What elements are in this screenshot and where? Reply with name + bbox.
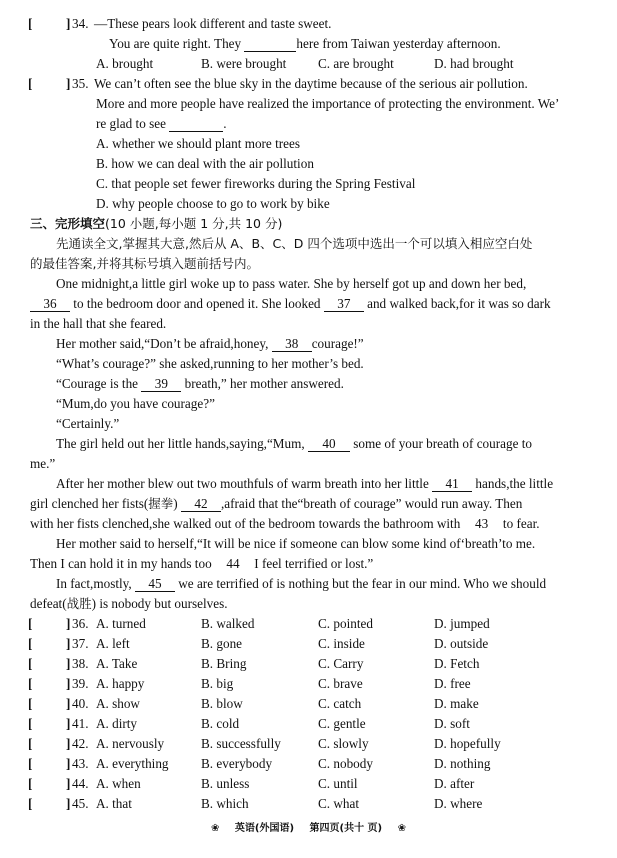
section-heading: 三、完形填空(10 小题,每小题 1 分,共 10 分): [30, 216, 282, 232]
question-number: 38.: [72, 656, 88, 672]
option-b: B. gone: [201, 636, 242, 652]
passage-text: ,afraid that the“breath of courage” woul…: [221, 496, 522, 511]
question-stem: We can’t often see the blue sky in the d…: [94, 76, 528, 92]
question-number: 42.: [72, 736, 88, 752]
option-a: A. Take: [96, 656, 137, 672]
option-c: C. pointed: [318, 616, 373, 632]
cloze-blank-39: 39: [141, 377, 181, 392]
section-instruction-line2: 的最佳答案,并将其标号填入题前括号内。: [30, 256, 259, 272]
passage-text: I feel terrified or lost.”: [254, 556, 373, 571]
answer-bracket-open[interactable]: [: [28, 776, 32, 792]
stem-text: You are quite right. They: [109, 36, 241, 51]
question-stem: —These pears look different and taste sw…: [94, 16, 331, 32]
option-b: B. walked: [201, 616, 254, 632]
cloze-question-row: []42.A. nervouslyB. successfullyC. slowl…: [0, 736, 617, 752]
option-c: C. what: [318, 796, 359, 812]
page-footer: ❀ 英语(外国语) 第四页(共十 页) ❀: [0, 819, 617, 834]
cloze-question-row: []44.A. whenB. unlessC. untilD. after: [0, 776, 617, 792]
cloze-blank-37: 37: [324, 297, 364, 312]
passage-line: In fact,mostly, 45 we are terrified of i…: [56, 576, 546, 592]
question-35-line3: re glad to see .: [96, 116, 227, 132]
passage-line: The girl held out her little hands,sayin…: [56, 436, 532, 452]
cloze-question-row: []36.A. turnedB. walkedC. pointedD. jump…: [0, 616, 617, 632]
passage-text: to the bedroom door and opened it. She l…: [73, 296, 320, 311]
chinese-gloss: 战胜: [67, 596, 92, 611]
option-a: A. that: [96, 796, 132, 812]
passage-line: Then I can hold it in my hands too 44 I …: [30, 556, 373, 572]
option-c: C. inside: [318, 636, 365, 652]
passage-line: in the hall that she feared.: [30, 316, 166, 332]
option-a: A. dirty: [96, 716, 137, 732]
cloze-question-row: []45.A. thatB. whichC. whatD. where: [0, 796, 617, 812]
option-d: D. make: [434, 696, 479, 712]
question-number: 37.: [72, 636, 88, 652]
question-34: [ ] 34. —These pears look different and …: [0, 16, 617, 32]
passage-text: Then I can hold it in my hands too: [30, 556, 212, 571]
option-a: A. turned: [96, 616, 146, 632]
answer-bracket-open[interactable]: [: [28, 676, 32, 692]
answer-bracket-open[interactable]: [: [28, 636, 32, 652]
answer-bracket-open[interactable]: [: [28, 16, 32, 32]
option-d: D. soft: [434, 716, 470, 732]
option-c: C. are brought: [318, 56, 394, 72]
answer-bracket-open[interactable]: [: [28, 616, 32, 632]
answer-bracket-open[interactable]: [: [28, 756, 32, 772]
passage-line: Her mother said to herself,“It will be n…: [56, 536, 535, 552]
passage-line: Her mother said,“Don’t be afraid,honey, …: [56, 336, 364, 352]
option-a: A. everything: [96, 756, 169, 772]
passage-text: courage!”: [312, 336, 364, 351]
stem-text: .: [223, 116, 226, 131]
question-35-line2: More and more people have realized the i…: [96, 96, 559, 112]
option-d: D. nothing: [434, 756, 490, 772]
answer-bracket-close: ]: [66, 756, 70, 772]
question-number: 36.: [72, 616, 88, 632]
section-scoring: (10 小题,每小题 1 分,共 10 分): [105, 216, 282, 231]
passage-text: hands,the little: [475, 476, 553, 491]
passage-line: “Certainly.”: [56, 416, 119, 432]
answer-bracket-close: ]: [66, 676, 70, 692]
cloze-question-row: []41.A. dirtyB. coldC. gentleD. soft: [0, 716, 617, 732]
answer-blank: [169, 117, 223, 132]
passage-line: After her mother blew out two mouthfuls …: [56, 476, 553, 492]
option-a: A. nervously: [96, 736, 164, 752]
cloze-blank-36: 36: [30, 297, 70, 312]
passage-text: we are terrified of is nothing but the f…: [178, 576, 546, 591]
flower-ornament-icon: ❀: [211, 823, 219, 834]
option-d: D. had brought: [434, 56, 513, 72]
passage-text: In fact,mostly,: [56, 576, 132, 591]
option-b: B. Bring: [201, 656, 246, 672]
cloze-blank-42: 42: [181, 497, 221, 512]
passage-text: some of your breath of courage to: [353, 436, 532, 451]
question-35: [ ] 35. We can’t often see the blue sky …: [0, 76, 617, 92]
option-a: A. happy: [96, 676, 144, 692]
answer-bracket-close: ]: [66, 776, 70, 792]
cloze-blank-41: 41: [432, 477, 472, 492]
cloze-question-row: []38.A. TakeB. BringC. CarryD. Fetch: [0, 656, 617, 672]
option-d: D. after: [434, 776, 474, 792]
answer-bracket-close: ]: [66, 616, 70, 632]
passage-line: “Courage is the 39 breath,” her mother a…: [56, 376, 344, 392]
question-number: 41.: [72, 716, 88, 732]
answer-bracket-close: ]: [66, 716, 70, 732]
cloze-blank-45: 45: [135, 577, 175, 592]
answer-bracket-close: ]: [66, 16, 70, 32]
option-d: D. Fetch: [434, 656, 479, 672]
option-a: A. show: [96, 696, 140, 712]
passage-text: Her mother said,“Don’t be afraid,honey,: [56, 336, 268, 351]
option-d: D. free: [434, 676, 471, 692]
option-d: D. why people choose to go to work by bi…: [96, 196, 330, 212]
answer-bracket-close: ]: [66, 696, 70, 712]
question-number: 39.: [72, 676, 88, 692]
option-c: C. Carry: [318, 656, 363, 672]
cloze-blank-38: 38: [272, 337, 312, 352]
passage-text: with her fists clenched,she walked out o…: [30, 516, 460, 531]
answer-bracket-close: ]: [66, 736, 70, 752]
option-d: D. hopefully: [434, 736, 501, 752]
cloze-question-row: []43.A. everythingB. everybodyC. nobodyD…: [0, 756, 617, 772]
question-number: 34.: [72, 16, 88, 32]
passage-line: 36 to the bedroom door and opened it. Sh…: [30, 296, 551, 312]
question-number: 44.: [72, 776, 88, 792]
answer-bracket-close: ]: [66, 796, 70, 812]
cloze-blank-44: 44: [215, 556, 251, 572]
cloze-blank-40: 40: [308, 437, 350, 452]
answer-bracket-open[interactable]: [: [28, 736, 32, 752]
passage-line: me.”: [30, 456, 55, 472]
passage-line: “Mum,do you have courage?”: [56, 396, 215, 412]
passage-text: girl clenched her fists(: [30, 496, 148, 511]
option-b: B. how we can deal with the air pollutio…: [96, 156, 314, 172]
answer-bracket-close: ]: [66, 636, 70, 652]
option-b: B. successfully: [201, 736, 281, 752]
option-c: C. catch: [318, 696, 361, 712]
passage-text: After her mother blew out two mouthfuls …: [56, 476, 429, 491]
answer-bracket-open[interactable]: [: [28, 656, 32, 672]
section-instruction-line1: 先通读全文,掌握其大意,然后从 A、B、C、D 四个选项中选出一个可以填入相应空…: [56, 236, 532, 252]
option-c: C. nobody: [318, 756, 373, 772]
answer-bracket-open[interactable]: [: [28, 696, 32, 712]
option-b: B. which: [201, 796, 249, 812]
option-c: C. gentle: [318, 716, 366, 732]
option-d: D. outside: [434, 636, 488, 652]
cloze-question-row: []39.A. happyB. bigC. braveD. free: [0, 676, 617, 692]
passage-line: girl clenched her fists(握拳) 42,afraid th…: [30, 496, 522, 512]
option-c: C. brave: [318, 676, 363, 692]
question-number: 43.: [72, 756, 88, 772]
passage-text: ): [173, 496, 177, 511]
footer-page-number: 第四页(共十 页): [310, 823, 383, 834]
passage-line: with her fists clenched,she walked out o…: [30, 516, 540, 532]
question-number: 40.: [72, 696, 88, 712]
option-b: B. blow: [201, 696, 243, 712]
passage-text: breath,” her mother answered.: [185, 376, 344, 391]
passage-text: to fear.: [503, 516, 540, 531]
question-34-line2: You are quite right. They here from Taiw…: [109, 36, 501, 52]
passage-line: defeat(战胜) is nobody but ourselves.: [30, 596, 228, 612]
answer-bracket-close: ]: [66, 76, 70, 92]
option-a: A. when: [96, 776, 141, 792]
answer-bracket-open[interactable]: [: [28, 716, 32, 732]
section-title: 三、完形填空: [30, 216, 105, 231]
answer-blank: [244, 37, 296, 52]
cloze-question-row: []40.A. showB. blowC. catchD. make: [0, 696, 617, 712]
question-number: 35.: [72, 76, 88, 92]
stem-text: here from Taiwan yesterday afternoon.: [296, 36, 500, 51]
passage-text: The girl held out her little hands,sayin…: [56, 436, 305, 451]
cloze-blank-43: 43: [464, 516, 500, 532]
cloze-question-row: []37.A. leftB. goneC. insideD. outside: [0, 636, 617, 652]
option-c: C. until: [318, 776, 358, 792]
option-a: A. brought: [96, 56, 153, 72]
passage-line: “What’s courage?” she asked,running to h…: [56, 356, 364, 372]
option-d: D. where: [434, 796, 482, 812]
chinese-gloss: 握拳: [148, 496, 173, 511]
flower-ornament-icon: ❀: [398, 823, 406, 834]
answer-bracket-close: ]: [66, 656, 70, 672]
option-c: C. slowly: [318, 736, 369, 752]
passage-text: “Courage is the: [56, 376, 138, 391]
option-b: B. everybody: [201, 756, 272, 772]
option-b: B. cold: [201, 716, 239, 732]
question-number: 45.: [72, 796, 88, 812]
option-b: B. were brought: [201, 56, 286, 72]
option-a: A. whether we should plant more trees: [96, 136, 300, 152]
stem-text: re glad to see: [96, 116, 166, 131]
passage-text: and walked back,for it was so dark: [367, 296, 550, 311]
passage-text: defeat(: [30, 596, 67, 611]
footer-subject: 英语(外国语): [235, 823, 294, 834]
option-c: C. that people set fewer fireworks durin…: [96, 176, 415, 192]
answer-bracket-open[interactable]: [: [28, 796, 32, 812]
option-b: B. big: [201, 676, 233, 692]
option-b: B. unless: [201, 776, 249, 792]
question-34-options: A. brought B. were brought C. are brough…: [0, 56, 617, 72]
option-a: A. left: [96, 636, 130, 652]
answer-bracket-open[interactable]: [: [28, 76, 32, 92]
option-d: D. jumped: [434, 616, 490, 632]
passage-line: One midnight,a little girl woke up to pa…: [56, 276, 526, 292]
passage-text: ) is nobody but ourselves.: [92, 596, 228, 611]
